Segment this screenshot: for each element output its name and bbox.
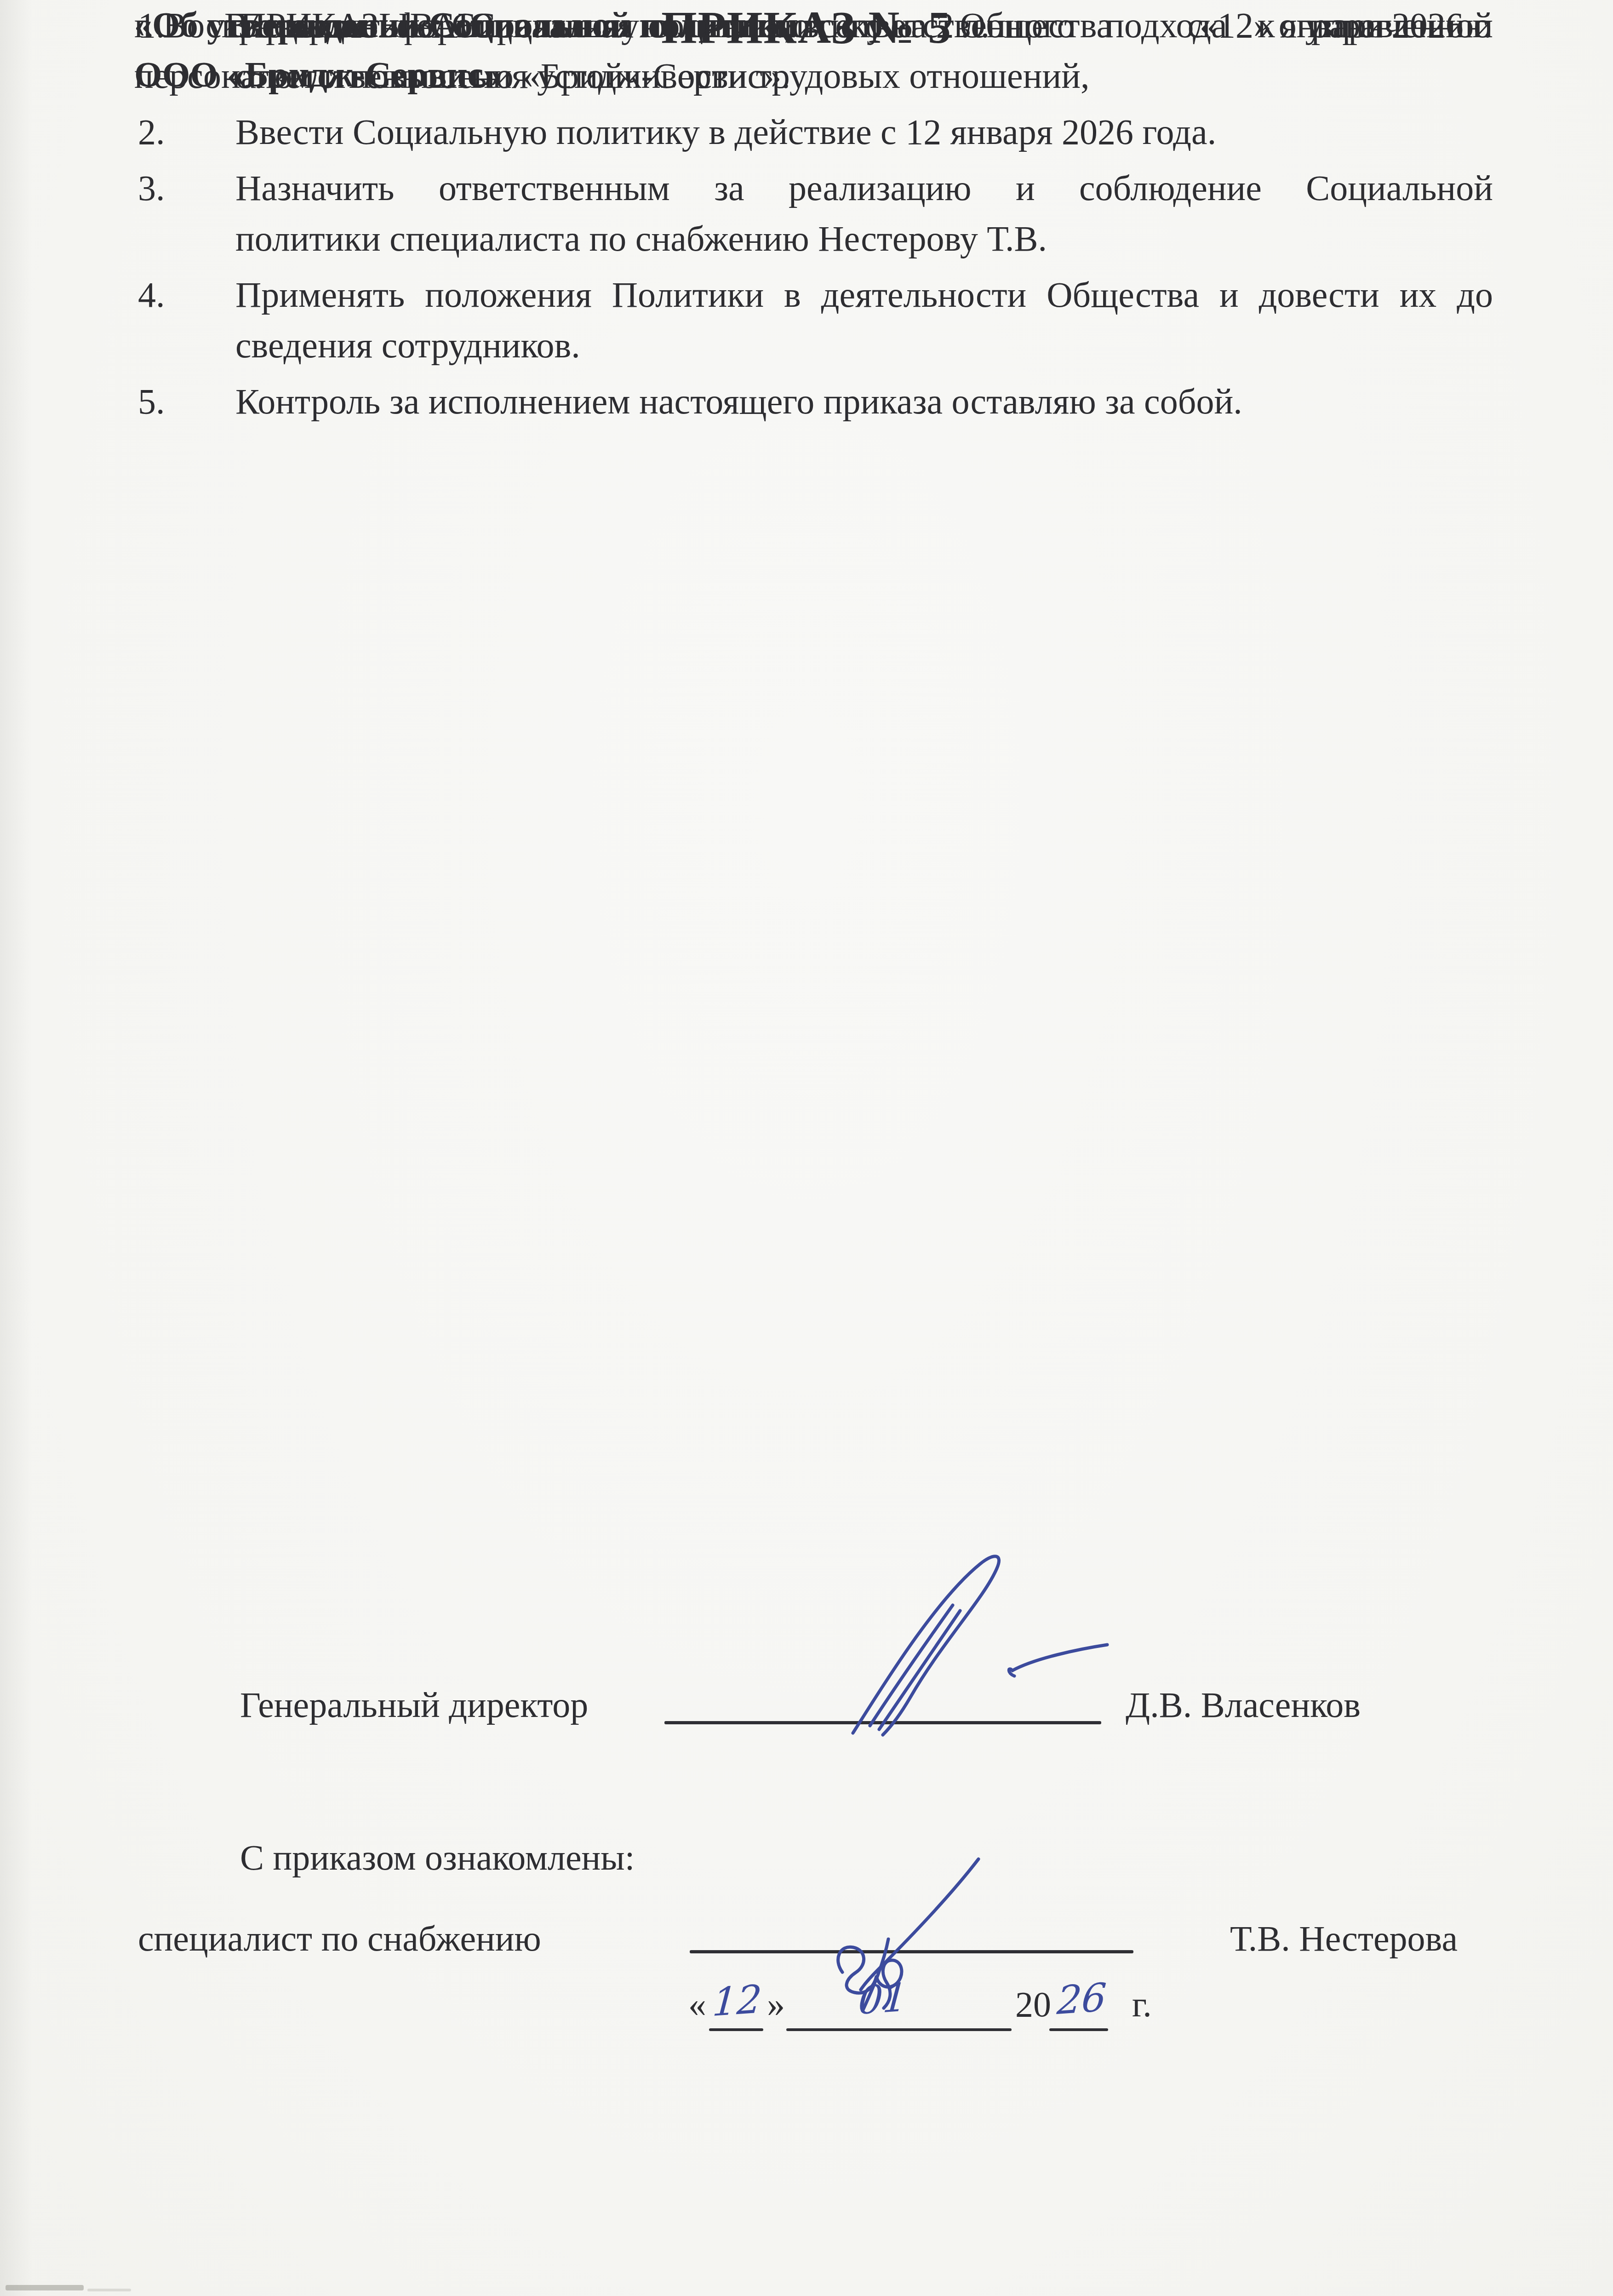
handwritten-day: 12 — [710, 1976, 764, 2026]
acknowledgement-heading: С приказом ознакомлены: — [240, 1832, 635, 1883]
order-marker: 3. — [138, 163, 165, 213]
director-signature — [841, 1545, 1117, 1743]
director-name: Д.В. Власенков — [1126, 1680, 1361, 1730]
order-line: ответственностью «Бридж-Сервис». — [235, 51, 1493, 101]
attachment-note: Приложение: Социальная политика, всего н… — [240, 0, 990, 51]
year-prefix: 20 — [1015, 1979, 1051, 2030]
order-marker: 4. — [138, 270, 165, 320]
director-role-label: Генеральный директор — [240, 1680, 588, 1730]
order-line: Ввести Социальную политику в действие с … — [235, 107, 1493, 157]
handwritten-month: 01 — [845, 1973, 921, 2025]
acknowledger-role-label: специалист по снабжению — [138, 1913, 541, 1964]
order-line: Назначить ответственным за реализацию и … — [235, 163, 1493, 213]
scan-artifact — [6, 2285, 84, 2290]
acknowledger-name: Т.В. Нестерова — [1230, 1913, 1458, 1964]
month-underline — [786, 2028, 1012, 2031]
order-line: Применять положения Политики в деятельно… — [235, 270, 1493, 320]
order-marker: 5. — [138, 376, 165, 427]
handwritten-year: 26 — [1052, 1974, 1112, 2024]
scan-artifact — [87, 2289, 131, 2291]
order-item: 5. Контроль за исполнением настоящего пр… — [134, 376, 1493, 427]
order-item: 3. Назначить ответственным за реализацию… — [134, 163, 1493, 264]
orders-list: 1. Утвердить Социальную политику Обществ… — [134, 0, 1493, 432]
date-close-quote: » — [767, 1979, 785, 2030]
date-open-quote: « — [688, 1979, 706, 2030]
order-item: 4. Применять положения Политики в деятел… — [134, 270, 1493, 371]
year-suffix: г. — [1132, 1979, 1152, 2030]
order-marker: 1. — [138, 0, 165, 51]
day-underline — [709, 2028, 763, 2031]
order-line: сведения сотрудников. — [235, 320, 1493, 371]
order-marker: 2. — [138, 107, 165, 157]
scanned-order-document: ПРИКАЗ № 5 г. Воскресенск «12» января 20… — [0, 0, 1613, 2296]
order-item: 2. Ввести Социальную политику в действие… — [134, 107, 1493, 157]
year-underline — [1049, 2028, 1108, 2031]
order-line: политики специалиста по снабжению Нестер… — [235, 213, 1493, 264]
order-line: Контроль за исполнением настоящего прика… — [235, 376, 1493, 427]
